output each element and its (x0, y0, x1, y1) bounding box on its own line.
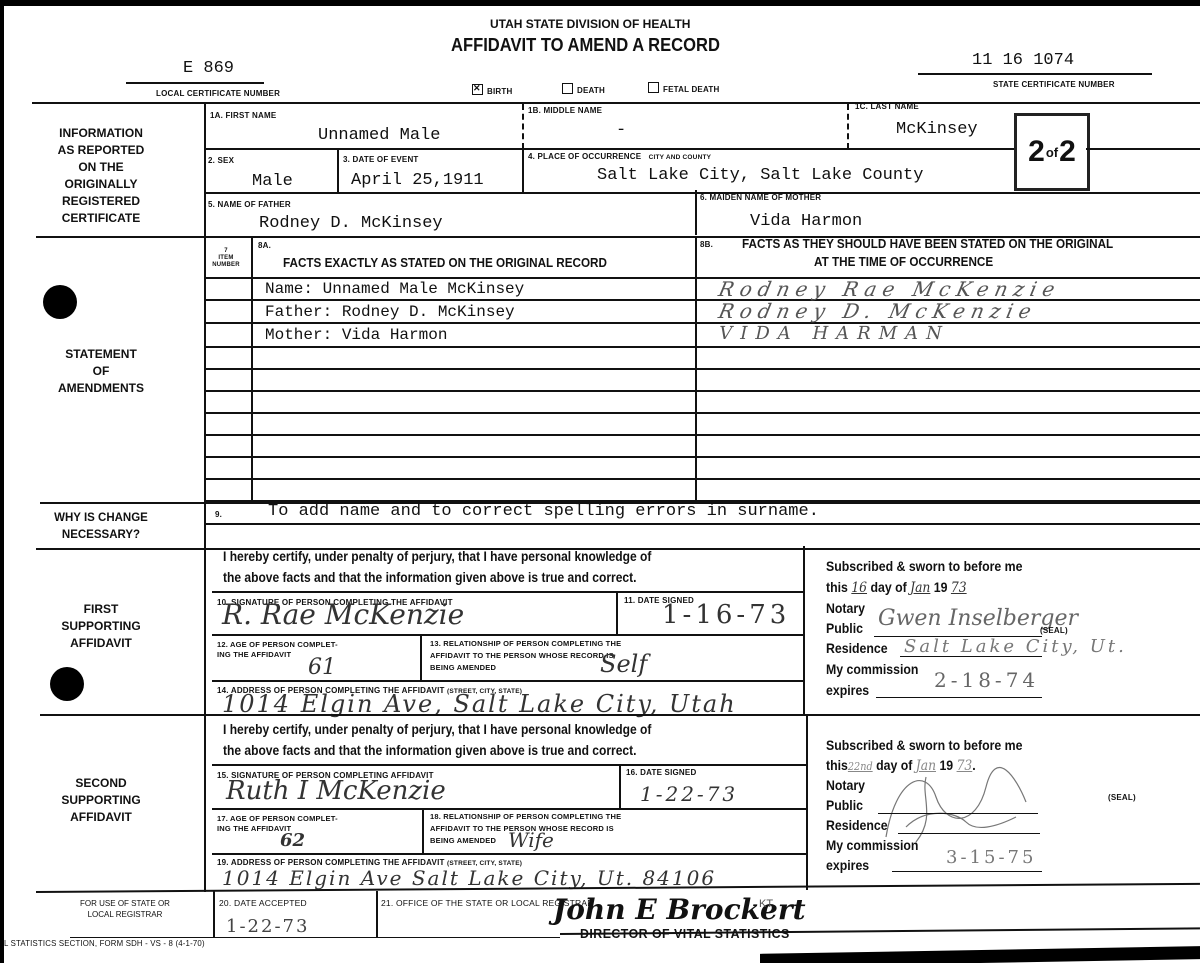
section-label-second-affidavit: SECONDSUPPORTINGAFFIDAVIT (40, 775, 162, 826)
notary-sworn-line: Subscribed & sworn to before me (826, 735, 1022, 755)
sex-value: Male (252, 172, 293, 191)
row-divider (212, 591, 804, 593)
section-label-amendments: STATEMENTOFAMENDMENTS (40, 346, 162, 397)
expires-label: expires (826, 680, 869, 700)
mother-maiden-name-value: Vida Harmon (750, 212, 862, 231)
section-divider (40, 714, 1200, 716)
amendment-corrected-2: Rodney D. McKenzie (716, 299, 1039, 323)
punch-hole-icon (43, 285, 77, 319)
seal-label: (SEAL) (1108, 793, 1136, 802)
notary-label: Notary (826, 598, 865, 618)
table-row-divider (204, 434, 1200, 436)
row-divider (204, 148, 1014, 150)
row-divider (212, 764, 806, 766)
commission-label: My commission (826, 659, 918, 679)
first-notary-block: Subscribed & sworn to before me this 16 … (826, 556, 1196, 706)
record-type-death[interactable]: DEATH (562, 83, 605, 95)
last-name-divider (847, 104, 849, 149)
second-certification-line2: the above facts and that the information… (223, 742, 636, 758)
local-certificate-label: LOCAL CERTIFICATE NUMBER (156, 89, 280, 98)
state-cert-underline (918, 73, 1152, 75)
table-row-divider (204, 390, 1200, 392)
form-title: AFFIDAVIT TO AMEND A RECORD (451, 35, 720, 56)
middle-name-label: 1B. MIDDLE NAME (528, 106, 602, 115)
agency-name: UTAH STATE DIVISION OF HEALTH (490, 17, 690, 31)
age-divider (422, 808, 424, 854)
public-underline (878, 813, 1038, 814)
public-label: Public (826, 795, 863, 815)
state-certificate-label: STATE CERTIFICATE NUMBER (993, 80, 1115, 89)
father-name-value: Rodney D. McKinsey (259, 214, 443, 233)
notary-expires: 2-18-74 (934, 668, 1039, 692)
amendments-table: Name: Unnamed Male McKinsey Father: Rodn… (204, 277, 1200, 502)
first-signature[interactable]: R. Rae McKenzie (222, 598, 464, 631)
date-divider (619, 764, 621, 809)
date-divider (616, 591, 618, 635)
last-name-label: 1C. LAST NAME (855, 102, 919, 111)
reason-number: 9. (215, 510, 222, 519)
table-row-divider (204, 456, 1200, 458)
residence-underline (898, 833, 1040, 834)
expires-label: expires (826, 855, 869, 875)
last-name-value: McKinsey (896, 120, 978, 139)
row-divider (1086, 148, 1200, 150)
local-cert-underline (126, 82, 264, 84)
date-of-event-value: April 25,1911 (351, 171, 484, 190)
col-8b-header-line2: AT THE TIME OF OCCURRENCE (814, 254, 993, 269)
second-certification-line1: I hereby certify, under penalty of perju… (223, 721, 651, 737)
section-label-registrar: FOR USE OF STATE OR LOCAL REGISTRAR (70, 898, 180, 920)
col-8a-header: FACTS EXACTLY AS STATED ON THE ORIGINAL … (283, 255, 607, 270)
registrar-divider (213, 891, 215, 937)
section-label-original-info: INFORMATIONAS REPORTEDON THEORIGINALLYRE… (40, 125, 162, 227)
residence-label: Residence (826, 638, 888, 658)
reason-value: To add name and to correct spelling erro… (268, 502, 819, 521)
father-name-label: 5. NAME OF FATHER (208, 200, 291, 209)
date-accepted-value: 1-22-73 (226, 916, 309, 937)
expires-underline (876, 697, 1042, 698)
state-certificate-number: 11 16 1074 (972, 51, 1074, 70)
notary-label: Notary (826, 775, 865, 795)
notary-divider (803, 546, 805, 714)
residence-underline (900, 656, 1042, 657)
registrar-office-divider (376, 891, 378, 937)
first-relationship-value[interactable]: Self (600, 650, 647, 678)
checkbox-icon (648, 82, 659, 93)
mother-maiden-name-label: 6. MAIDEN NAME OF MOTHER (700, 193, 821, 202)
page-stamp-2-of-2: 2of2 (1014, 113, 1090, 191)
notary-residence: Salt Lake City, Ut. (904, 636, 1127, 657)
sex-label: 2. SEX (208, 156, 234, 165)
amendment-original-1: Name: Unnamed Male McKinsey (265, 280, 524, 298)
first-name-label: 1A. FIRST NAME (210, 111, 276, 120)
date-divider (522, 148, 524, 192)
second-notary-block: Subscribed & sworn to before me this22nd… (826, 735, 1196, 885)
place-value: Salt Lake City, Salt Lake County (597, 166, 923, 185)
notary-date-line: this 16 day of Jan 19 73 (826, 577, 967, 598)
date-of-event-label: 3. DATE OF EVENT (343, 155, 419, 164)
row-divider (212, 808, 806, 810)
col-8b-number: 8B. (700, 240, 713, 249)
age-divider (420, 634, 422, 680)
record-type-fetal-death[interactable]: FETAL DEATH (648, 82, 719, 94)
seal-label: (SEAL) (1040, 626, 1068, 635)
first-certification-line1: I hereby certify, under penalty of perju… (223, 548, 651, 564)
first-relationship-label: 13. RELATIONSHIP OF PERSON COMPLETING TH… (430, 638, 621, 674)
table-row-divider (204, 322, 1200, 324)
sex-divider (337, 148, 339, 192)
checkbox-checked-icon (472, 84, 483, 95)
second-age-value[interactable]: 62 (280, 830, 305, 851)
row-divider (212, 634, 804, 636)
scan-border-bottom (760, 946, 1200, 963)
notary-divider (806, 714, 808, 890)
notary-sworn-line: Subscribed & sworn to before me (826, 556, 1022, 576)
checkbox-icon (562, 83, 573, 94)
item-number-header: 7ITEMNUMBER (207, 248, 245, 269)
table-row-divider (204, 346, 1200, 348)
commission-label: My commission (826, 835, 918, 855)
first-age-value[interactable]: 61 (308, 655, 336, 680)
registrar-initials: KT (759, 898, 773, 910)
row-divider (212, 853, 806, 855)
second-age-label: 17. AGE OF PERSON COMPLET-ING THE AFFIDA… (217, 814, 338, 834)
date-accepted-label: 20. DATE ACCEPTED (219, 898, 307, 908)
section-label-reason: WHY IS CHANGE NECESSARY? (40, 510, 162, 544)
amendment-original-3: Mother: Vida Harmon (265, 326, 447, 344)
notary-expires: 3-15-75 (946, 847, 1036, 868)
row-divider (212, 680, 804, 682)
public-label: Public (826, 618, 863, 638)
amendment-corrected-3: VIDA HARMAN (717, 323, 952, 344)
table-row-divider (204, 412, 1200, 414)
local-certificate-number: E 869 (183, 59, 234, 78)
reason-underline (204, 523, 1200, 525)
table-row-divider (204, 368, 1200, 370)
father-mother-divider (695, 190, 697, 235)
punch-hole-icon (50, 667, 84, 701)
expires-underline (892, 871, 1042, 872)
amendment-original-2: Father: Rodney D. McKinsey (265, 303, 515, 321)
middle-name-value: - (616, 121, 626, 140)
scan-border-left (0, 0, 4, 963)
form-top-rule (32, 102, 1200, 104)
first-name-value: Unnamed Male (318, 126, 440, 145)
col-8b-header-line1: FACTS AS THEY SHOULD HAVE BEEN STATED ON… (742, 236, 1113, 251)
second-relationship-value[interactable]: Wife (508, 828, 554, 852)
form-id: L STATISTICS SECTION, FORM SDH - VS - 8 … (4, 938, 205, 948)
first-date-signed[interactable]: 1-16-73 (662, 600, 790, 630)
record-type-birth[interactable]: BIRTH (472, 84, 512, 96)
table-row-divider (204, 478, 1200, 480)
col-8a-number: 8A. (258, 241, 271, 250)
residence-label: Residence (826, 815, 888, 835)
place-label: 4. PLACE OF OCCURRENCE CITY AND COUNTY (528, 152, 711, 161)
section-label-first-affidavit: FIRSTSUPPORTINGAFFIDAVIT (40, 601, 162, 652)
second-date-signed-label: 16. DATE SIGNED (626, 768, 696, 777)
amendment-corrected-1: Rodney Rae McKenzie (716, 277, 1063, 301)
second-date-signed[interactable]: 1-22-73 (640, 782, 738, 806)
second-signature[interactable]: Ruth I McKenzie (226, 776, 446, 806)
first-certification-line2: the above facts and that the information… (223, 569, 636, 585)
form-header: UTAH STATE DIVISION OF HEALTH AFFIDAVIT … (0, 0, 1200, 100)
middle-name-divider (522, 104, 524, 149)
